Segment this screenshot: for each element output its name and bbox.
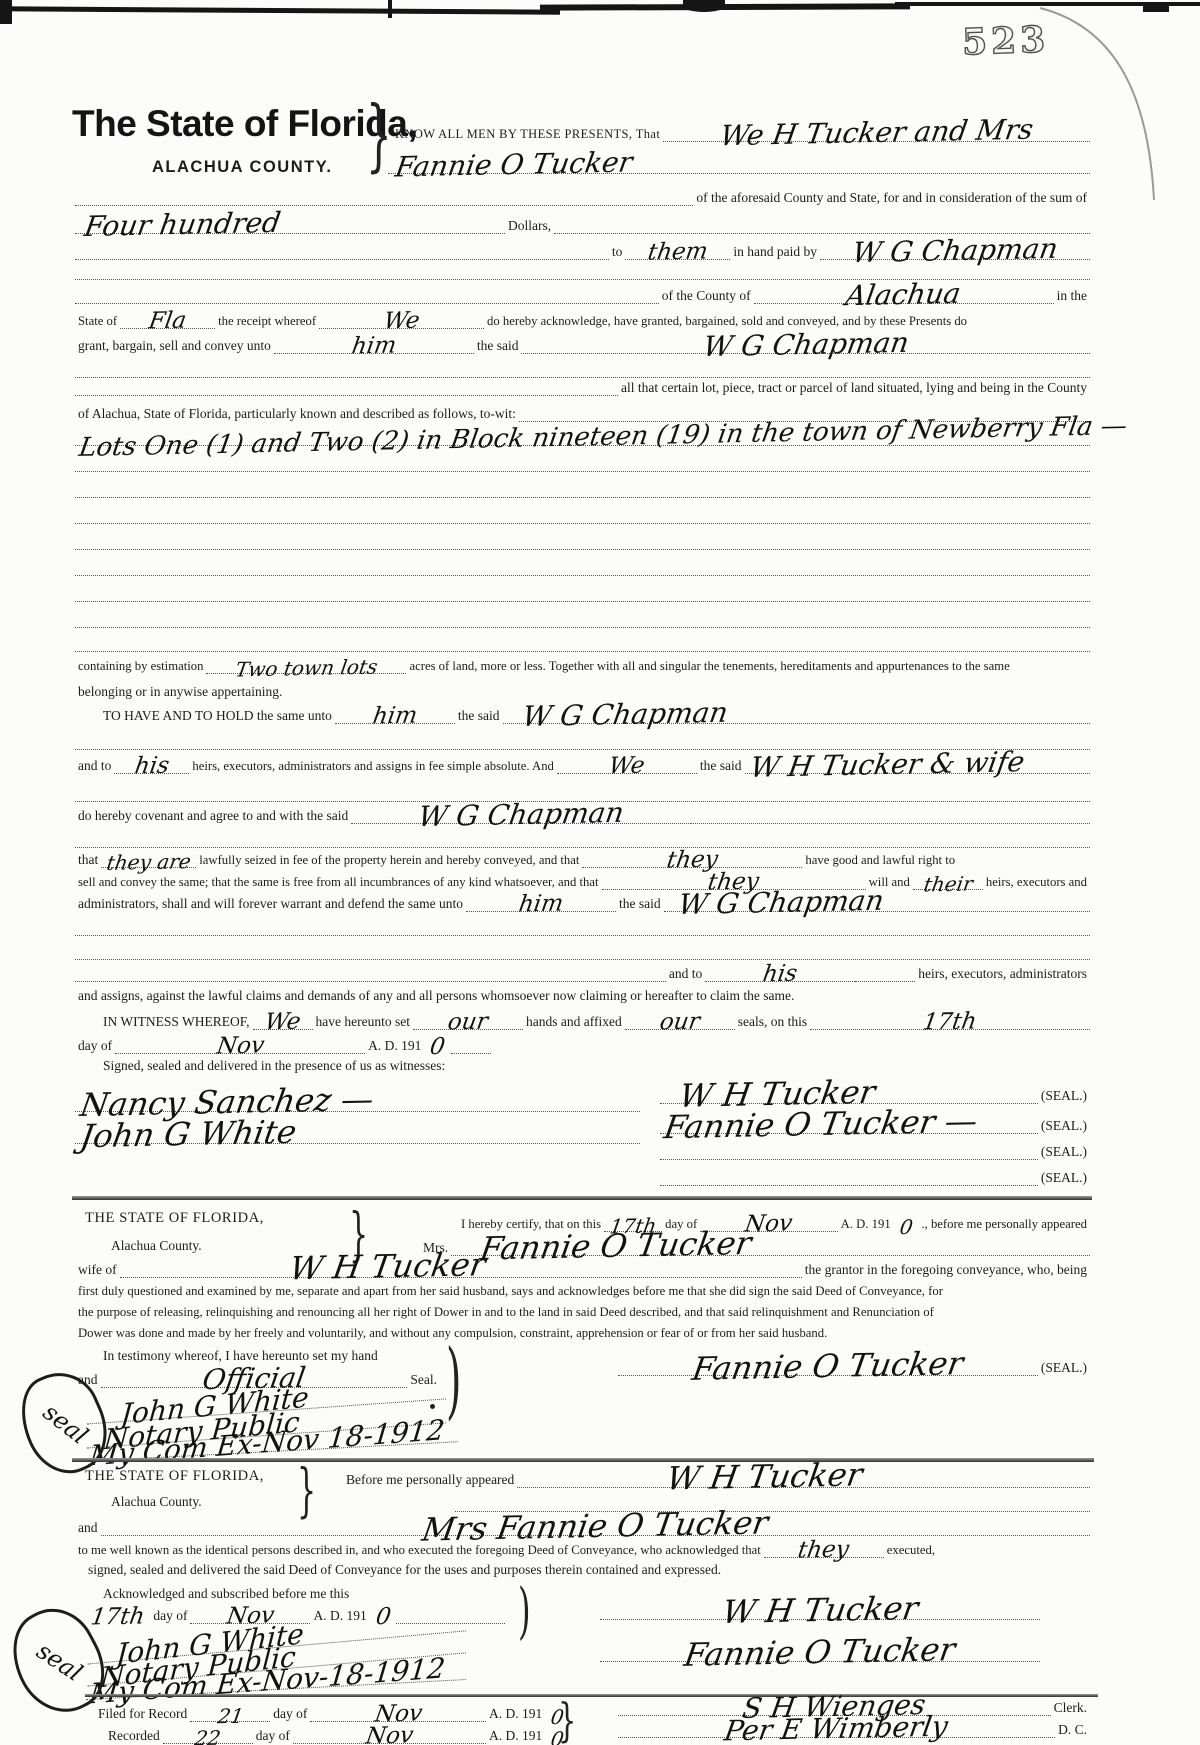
and-to-label: and to (666, 966, 705, 982)
ad-label: A. D. 191 (486, 1728, 545, 1744)
signed-sealed-text: Signed, sealed and delivered in the pres… (100, 1058, 448, 1074)
scan-artifact (1143, 3, 1169, 12)
notary1-paragraph-2: the purpose of releasing, relinquishing … (75, 1305, 937, 1320)
signed-delivered-text: signed, sealed and delivered the said De… (85, 1562, 724, 1578)
dotted-line: they (764, 1540, 884, 1558)
ink-dot (430, 1404, 435, 1409)
hw-year-digit: 0 (423, 1037, 453, 1058)
hw-deputy-clerk-signature: Per E Wimberly (717, 1713, 956, 1743)
form-row: and to his heirs, executors, administrat… (75, 952, 1090, 982)
form-row: containing by estimation Two town lots a… (75, 644, 1090, 674)
dotted-line: W H Tucker (120, 1254, 802, 1278)
deed-record-page: 523 The State of Florida, ALACHUA COUNTY… (0, 0, 1200, 1745)
dotted-line: John G White (75, 1120, 640, 1144)
scan-artifact (388, 0, 392, 18)
hw-recorded-month: Nov (358, 1726, 420, 1745)
hw-month: Nov (209, 1036, 271, 1058)
hw-husband-name: W H Tucker (117, 1250, 493, 1287)
form-row: John G White (75, 1106, 640, 1144)
hw-seal-word: seal (34, 1398, 95, 1452)
dotted-line: Fannie O Tucker (618, 1352, 1038, 1376)
seal-label: (SEAL.) (1038, 1360, 1090, 1376)
form-row: Fannie O Tucker (388, 144, 1090, 174)
dotted-line (451, 1053, 491, 1054)
wife-of-label: wife of (75, 1262, 120, 1278)
form-row: W H Tucker (600, 1578, 1040, 1620)
dotted-line: 22 (163, 1729, 253, 1744)
dotted-line (660, 1185, 1038, 1186)
day-of-label: day of (253, 1728, 293, 1744)
hw-they-acknowledged: they (791, 1540, 857, 1562)
dotted-line (75, 981, 666, 982)
dotted-line: Fannie O Tucker (388, 152, 1090, 174)
form-row: and to his heirs, executors, administrat… (75, 740, 1090, 774)
form-row: Fannie O Tucker (SEAL.) (618, 1334, 1090, 1376)
hw-dower-signature: Fannie O Tucker (684, 1349, 971, 1384)
heirs-admin-label: heirs, executors, administrators (915, 966, 1090, 982)
well-known-text: to me well known as the identical person… (75, 1543, 764, 1558)
form-row: of the aforesaid County and State, for a… (75, 176, 1090, 206)
hw-recorded-year: 0 (544, 1730, 572, 1745)
notary1-state-heading: THE STATE OF FLORIDA, (85, 1210, 264, 1227)
dotted-line: W H Tucker & wife (745, 752, 1090, 774)
dotted-line: Nov (115, 1036, 365, 1054)
dotted-line: his (705, 964, 855, 982)
ad-label: A. D. 191 (365, 1038, 424, 1054)
scan-artifact (0, 0, 12, 24)
seal-label: (SEAL.) (1038, 1170, 1090, 1186)
form-row: Lots One (1) and Two (2) in Block ninete… (75, 412, 1090, 446)
notary2-state-heading: THE STATE OF FLORIDA, (85, 1468, 264, 1485)
form-row: KNOW ALL MEN BY THESE PRESENTS, That We … (392, 112, 1090, 142)
form-row: Fannie O Tucker (600, 1620, 1040, 1662)
dotted-line: Nov (293, 1726, 486, 1744)
grantor-being-text: the grantor in the foregoing conveyance,… (802, 1262, 1090, 1278)
acres-rest-text: acres of land, more or less. Together wi… (406, 659, 1012, 674)
form-row: wife of W H Tucker the grantor in the fo… (75, 1238, 1090, 1278)
dotted-line: Fannie O Tucker (600, 1638, 1040, 1662)
deputy-clerk-label: D. C. (1055, 1722, 1090, 1738)
form-county-title: ALACHUA COUNTY. (152, 158, 332, 177)
dotted-line: W H Tucker (600, 1596, 1040, 1620)
dotted-line: Two town lots (206, 659, 406, 674)
notary1-paragraph-1: first duly questioned and examined by me… (75, 1284, 946, 1299)
know-all-label: KNOW ALL MEN BY THESE PRESENTS, That (392, 127, 663, 142)
form-row: (SEAL.) (660, 1156, 1090, 1186)
executed-label: executed, (884, 1543, 938, 1558)
form-row: day of Nov A. D. 191 0 (75, 1024, 1090, 1054)
hw-seal-word: seal (28, 1637, 90, 1689)
recorded-label: Recorded (105, 1728, 163, 1744)
page-number: 523 (961, 18, 1050, 63)
hw-ack-signature-2: Fannie O Tucker (676, 1635, 963, 1670)
hw-witness-signature-2: John G White (72, 1118, 304, 1152)
containing-label: containing by estimation (75, 659, 206, 674)
scan-artifact (683, 0, 725, 12)
dotted-line: We H Tucker and Mrs (663, 120, 1090, 142)
form-row: Per E Wimberly D. C. (618, 1700, 1090, 1738)
day-of-label: day of (75, 1038, 115, 1054)
dotted-line: Per E Wimberly (618, 1716, 1055, 1738)
acknowledged-paren: ) (518, 1582, 531, 1643)
hw-recorded-day: 22 (188, 1729, 228, 1745)
scan-artifact (540, 3, 910, 10)
form-row: to me well known as the identical person… (75, 1522, 1090, 1558)
form-row: Recorded 22 day of Nov A. D. 191 0 (105, 1712, 570, 1744)
form-row: Fannie O Tucker — (SEAL.) (660, 1096, 1090, 1134)
hw-acreage: Two town lots (228, 657, 385, 678)
dotted-line (855, 981, 915, 982)
hw-his-heirs-2: his (756, 964, 805, 986)
scan-artifact (0, 6, 560, 14)
